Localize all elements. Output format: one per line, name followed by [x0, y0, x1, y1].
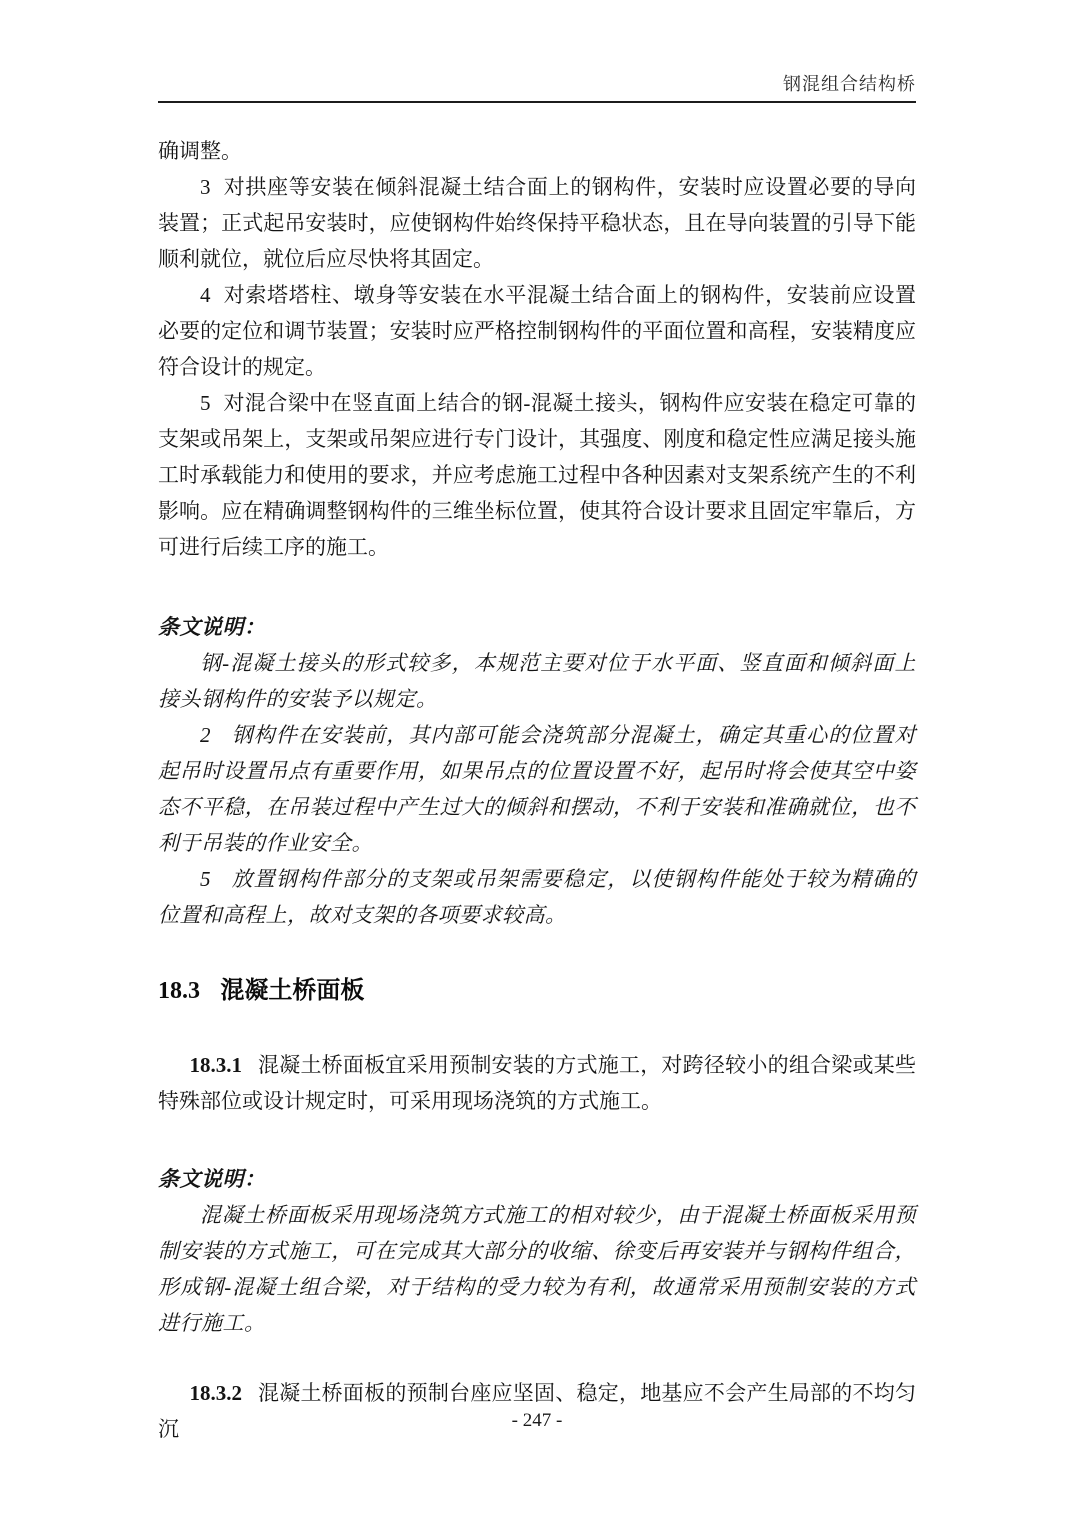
clause-number: 3: [200, 175, 211, 199]
clause-text: 对索塔塔柱、墩身等安装在水平混凝土结合面上的钢构件，安装前应设置必要的定位和调节…: [158, 283, 916, 379]
clause-text: 对混合梁中在竖直面上结合的钢-混凝土接头，钢构件应安装在稳定可靠的支架或吊架上，…: [158, 391, 916, 559]
page-footer: - 247 -: [0, 1408, 1074, 1434]
continuation-paragraph: 确调整。: [158, 133, 916, 169]
commentary-paragraph: 2钢构件在安装前，其内部可能会浇筑部分混凝土，确定其重心的位置对起吊时设置吊点有…: [158, 717, 916, 861]
clause-number: 4: [200, 283, 211, 307]
section-number: 18.3: [158, 978, 200, 1004]
clause-paragraph-5: 5对混合梁中在竖直面上结合的钢-混凝土接头，钢构件应安装在稳定可靠的支架或吊架上…: [158, 385, 916, 565]
article-text: 混凝土桥面板宜采用预制安装的方式施工，对跨径较小的组合梁或某些特殊部位或设计规定…: [158, 1053, 916, 1113]
commentary-block-2: 条文说明： 混凝土桥面板采用现场浇筑方式施工的相对较少，由于混凝土桥面板采用预制…: [158, 1161, 916, 1341]
commentary-heading: 条文说明：: [158, 1161, 916, 1197]
section-heading: 18.3混凝土桥面板: [158, 973, 916, 1009]
clause-text: 对拱座等安装在倾斜混凝土结合面上的钢构件，安装时应设置必要的导向装置；正式起吊安…: [158, 175, 916, 271]
commentary-paragraph: 混凝土桥面板采用现场浇筑方式施工的相对较少，由于混凝土桥面板采用预制安装的方式施…: [158, 1197, 916, 1341]
commentary-number: 5: [200, 867, 211, 891]
page-content: 确调整。 3对拱座等安装在倾斜混凝土结合面上的钢构件，安装时应设置必要的导向装置…: [158, 133, 916, 1447]
document-page: 钢混组合结构桥 确调整。 3对拱座等安装在倾斜混凝土结合面上的钢构件，安装时应设…: [0, 0, 1074, 1520]
section-title: 混凝土桥面板: [220, 977, 364, 1004]
commentary-heading: 条文说明：: [158, 609, 916, 645]
clause-paragraph-3: 3对拱座等安装在倾斜混凝土结合面上的钢构件，安装时应设置必要的导向装置；正式起吊…: [158, 169, 916, 277]
commentary-text: 钢构件在安装前，其内部可能会浇筑部分混凝土，确定其重心的位置对起吊时设置吊点有重…: [158, 723, 916, 855]
page-number: - 247 -: [512, 1410, 563, 1431]
commentary-text: 放置钢构件部分的支架或吊架需要稳定，以使钢构件能处于较为精确的位置和高程上，故对…: [158, 867, 916, 927]
commentary-paragraph: 5放置钢构件部分的支架或吊架需要稳定，以使钢构件能处于较为精确的位置和高程上，故…: [158, 861, 916, 933]
running-head: 钢混组合结构桥: [783, 74, 916, 94]
page-header: 钢混组合结构桥: [158, 0, 916, 103]
commentary-paragraph: 钢-混凝土接头的形式较多，本规范主要对位于水平面、竖直面和倾斜面上接头钢构件的安…: [158, 645, 916, 717]
commentary-block-1: 条文说明： 钢-混凝土接头的形式较多，本规范主要对位于水平面、竖直面和倾斜面上接…: [158, 609, 916, 933]
clause-number: 5: [200, 391, 211, 415]
article-number: 18.3.2: [190, 1381, 243, 1405]
article-paragraph-18-3-1: 18.3.1混凝土桥面板宜采用预制安装的方式施工，对跨径较小的组合梁或某些特殊部…: [158, 1047, 916, 1119]
article-number: 18.3.1: [190, 1053, 243, 1077]
commentary-number: 2: [200, 723, 211, 747]
clause-paragraph-4: 4对索塔塔柱、墩身等安装在水平混凝土结合面上的钢构件，安装前应设置必要的定位和调…: [158, 277, 916, 385]
